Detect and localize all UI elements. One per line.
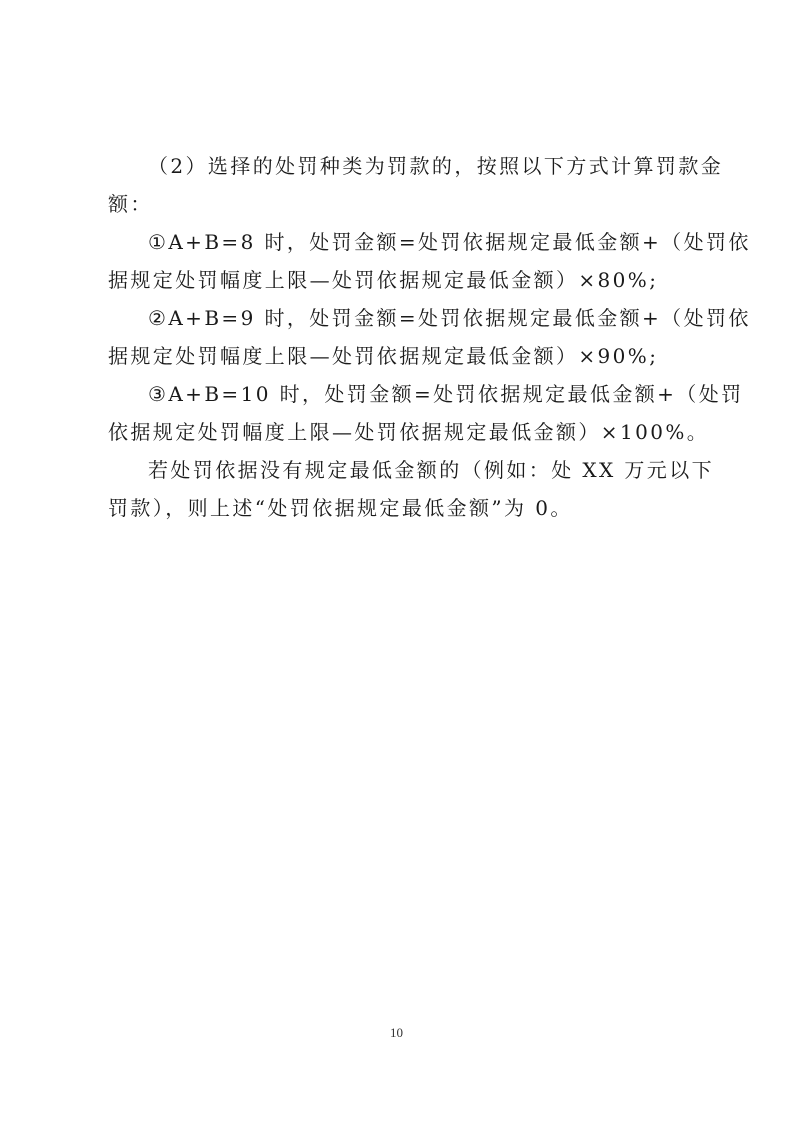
text-line: 依据规定处罚幅度上限—处罚依据规定最低金额）×100%。: [108, 413, 692, 451]
paragraph-rule-1: ①A+B=8 时，处罚金额=处罚依据规定最低金额+（处罚依 据规定处罚幅度上限—…: [108, 223, 692, 299]
text-line: 据规定处罚幅度上限—处罚依据规定最低金额）×90%;: [108, 337, 692, 375]
text-line: ③A+B=10 时，处罚金额=处罚依据规定最低金额+（处罚: [108, 375, 692, 413]
text-line: 额：: [108, 185, 692, 223]
page-number: 10: [0, 1025, 793, 1041]
document-page: （2）选择的处罚种类为罚款的，按照以下方式计算罚款金 额： ①A+B=8 时，处…: [0, 0, 793, 1122]
text-line: 罚款），则上述“处罚依据规定最低金额”为 0。: [108, 489, 692, 527]
text-line: ①A+B=8 时，处罚金额=处罚依据规定最低金额+（处罚依: [108, 223, 692, 261]
text-line: 据规定处罚幅度上限—处罚依据规定最低金额）×80%;: [108, 261, 692, 299]
text-line: 若处罚依据没有规定最低金额的（例如：处 XX 万元以下: [108, 451, 692, 489]
text-line: ②A+B=9 时，处罚金额=处罚依据规定最低金额+（处罚依: [108, 299, 692, 337]
document-body: （2）选择的处罚种类为罚款的，按照以下方式计算罚款金 额： ①A+B=8 时，处…: [108, 147, 692, 527]
paragraph-intro: （2）选择的处罚种类为罚款的，按照以下方式计算罚款金 额：: [108, 147, 692, 223]
paragraph-rule-2: ②A+B=9 时，处罚金额=处罚依据规定最低金额+（处罚依 据规定处罚幅度上限—…: [108, 299, 692, 375]
paragraph-rule-3: ③A+B=10 时，处罚金额=处罚依据规定最低金额+（处罚 依据规定处罚幅度上限…: [108, 375, 692, 451]
text-line: （2）选择的处罚种类为罚款的，按照以下方式计算罚款金: [108, 147, 692, 185]
paragraph-note: 若处罚依据没有规定最低金额的（例如：处 XX 万元以下 罚款），则上述“处罚依据…: [108, 451, 692, 527]
